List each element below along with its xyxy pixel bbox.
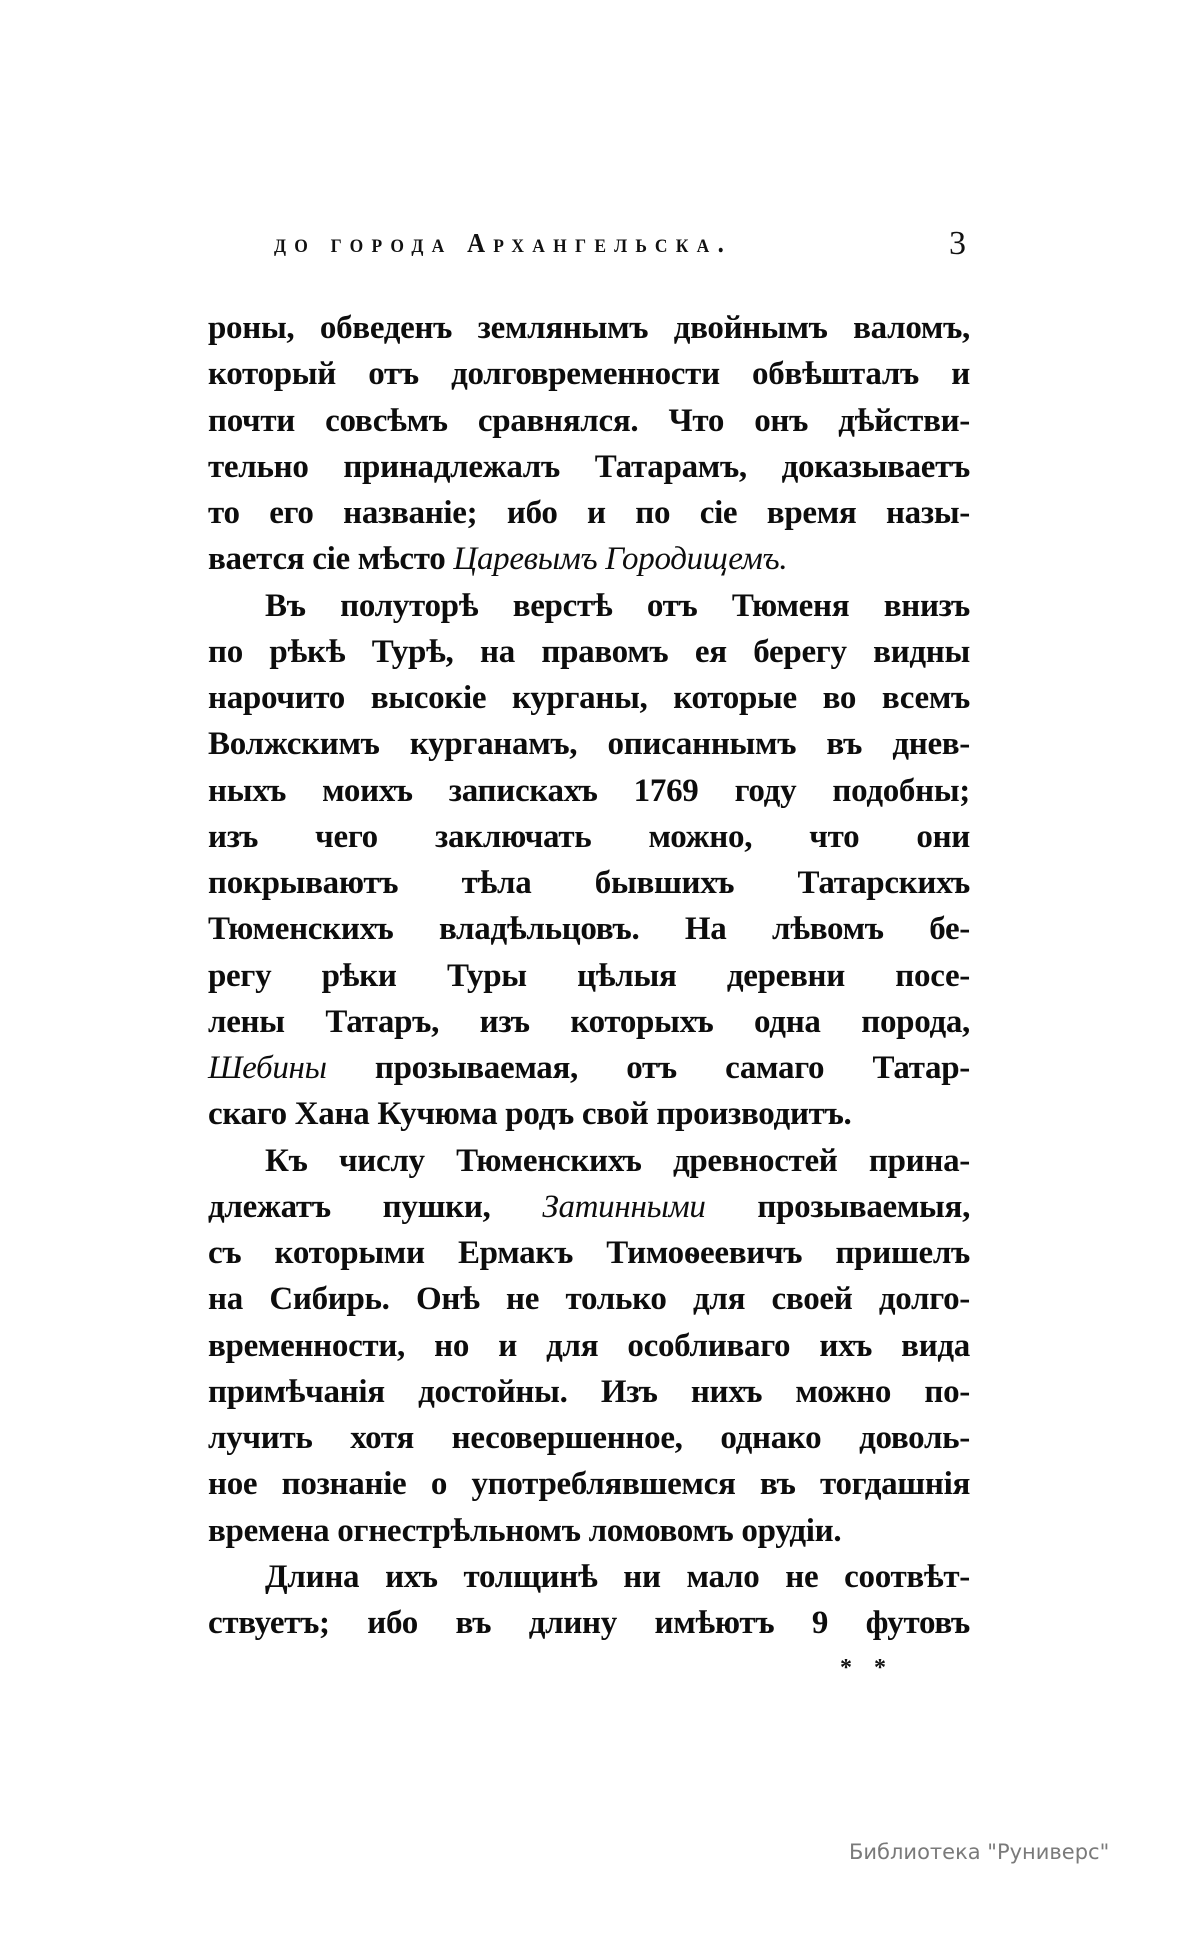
italic-clan-name: Шебины <box>208 1050 327 1086</box>
text-line: покрываютъ тѣла бывшихъ Татарскихъ <box>208 860 970 906</box>
italic-cannon-name: Затинными <box>542 1189 705 1225</box>
text-line: почти совсѣмъ сравнялся. Что онъ дѣйстви… <box>208 398 970 444</box>
text-line: на Сибирь. Онѣ не только для своей долго… <box>208 1276 970 1322</box>
running-head: до города Архангельска. <box>274 228 874 268</box>
text-line: нарочито высокіе курганы, которые во все… <box>208 675 970 721</box>
paragraph-start-line: Въ полуторѣ верстѣ отъ Тюменя внизъ <box>208 583 970 629</box>
text-line: временности, но и для особливаго ихъ вид… <box>208 1323 970 1369</box>
book-page: до города Архангельска. 3 роны, обведенъ… <box>0 0 1200 1935</box>
page-number: 3 <box>949 225 966 263</box>
paragraph-start-line: Къ числу Тюменскихъ древностей прина- <box>208 1138 970 1184</box>
text-line: по рѣкѣ Турѣ, на правомъ ея берегу видны <box>208 629 970 675</box>
text-line: лучить хотя несовершенное, однако доволь… <box>208 1415 970 1461</box>
text-line: регу рѣки Туры цѣлыя деревни посе- <box>208 953 970 999</box>
text-line: длежатъ пушки, Затинными прозываемыя, <box>208 1184 970 1230</box>
running-title: до города Архангельска. <box>274 228 732 259</box>
text-line: Тюменскихъ владѣльцовъ. На лѣвомъ бе- <box>208 906 970 952</box>
text-line: примѣчанія достойны. Изъ нихъ можно по- <box>208 1369 970 1415</box>
text-line: времена огнестрѣльномъ ломовомъ орудіи. <box>208 1508 970 1554</box>
signature-mark: * * <box>840 1655 894 1682</box>
text-line: который отъ долговременности обвѣшталъ и <box>208 351 970 397</box>
text-line: изъ чего заключать можно, что они <box>208 814 970 860</box>
text-line: вается сіе мѣсто Царевымъ Городищемъ. <box>208 536 970 582</box>
text-line: лены Татаръ, изъ которыхъ одна порода, <box>208 999 970 1045</box>
text-line: Волжскимъ курганамъ, описаннымъ въ днев- <box>208 721 970 767</box>
text-line: то его названіе; ибо и по сіе время назы… <box>208 490 970 536</box>
library-watermark: Библиотека "Руниверс" <box>849 1840 1109 1864</box>
paragraph-start-line: Длина ихъ толщинѣ ни мало не соотвѣт- <box>208 1554 970 1600</box>
text-line: роны, обведенъ землянымъ двойнымъ валомъ… <box>208 305 970 351</box>
text-line: скаго Хана Кучюма родъ свой производитъ. <box>208 1091 970 1137</box>
italic-place-name: Царевымъ Городищемъ. <box>453 541 787 577</box>
body-text: роны, обведенъ землянымъ двойнымъ валомъ… <box>208 305 970 1646</box>
text-line: ныхъ моихъ запискахъ 1769 году подобны; <box>208 768 970 814</box>
text-line: Шебины прозываемая, отъ самаго Татар- <box>208 1045 970 1091</box>
text-line: ствуетъ; ибо въ длину имѣютъ 9 футовъ <box>208 1600 970 1646</box>
text-line: ное познаніе о употреблявшемся въ тогдаш… <box>208 1461 970 1507</box>
text-line: съ которыми Ермакъ Тимоѳеевичъ пришелъ <box>208 1230 970 1276</box>
text-line: тельно принадлежалъ Татарамъ, доказывает… <box>208 444 970 490</box>
